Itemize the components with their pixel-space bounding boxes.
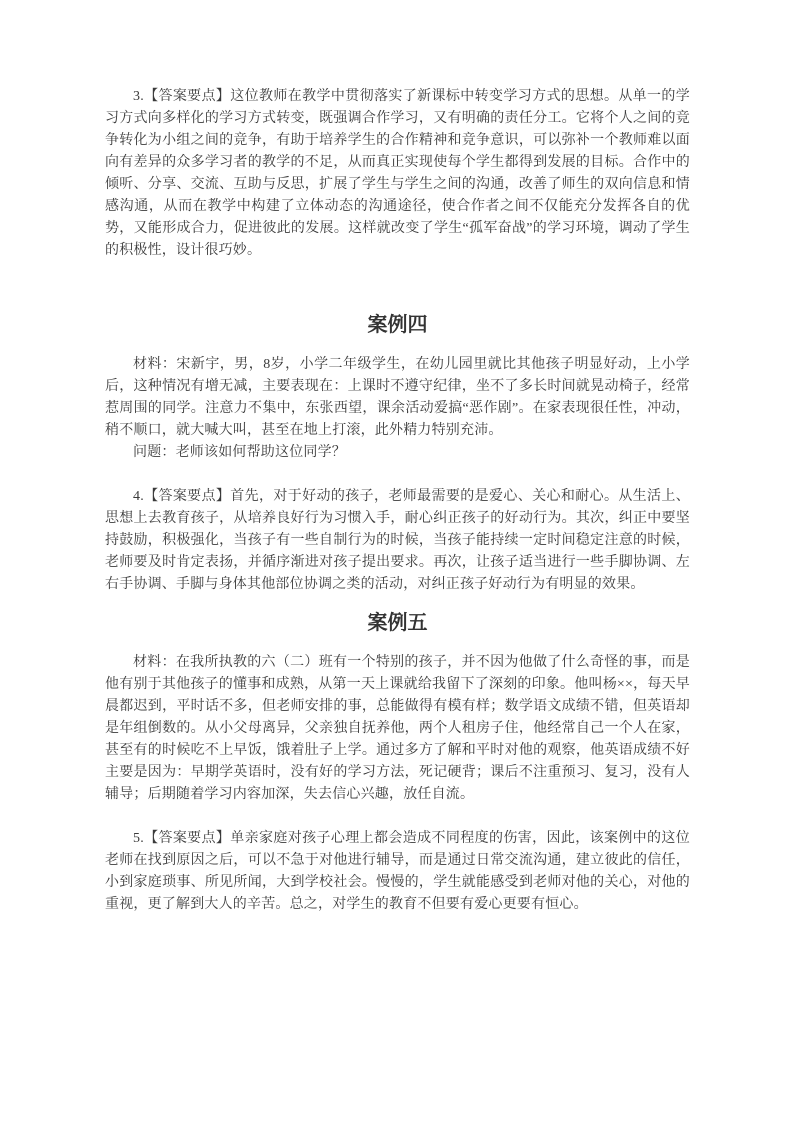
answer-3-paragraph: 3.【答案要点】这位教师在教学中贯彻落实了新课标中转变学习方式的思想。从单一的学…	[105, 86, 690, 262]
document-page: 3.【答案要点】这位教师在教学中贯彻落实了新课标中转变学习方式的思想。从单一的学…	[0, 0, 793, 1122]
case-five-heading: 案例五	[105, 608, 690, 638]
case-four-heading: 案例四	[105, 310, 690, 340]
case-five-material-paragraph: 材料：在我所执教的六（二）班有一个特别的孩子，并不因为他做了什么奇怪的事，而是他…	[105, 652, 690, 806]
case-four-question-line: 问题：老师该如何帮助这位同学？	[105, 442, 690, 464]
answer-5-paragraph: 5.【答案要点】单亲家庭对孩子心理上都会造成不同程度的伤害，因此，该案例中的这位…	[105, 828, 690, 916]
case-four-material-paragraph: 材料：宋新宇，男，8岁，小学二年级学生，在幼儿园里就比其他孩子明显好动，上小学后…	[105, 354, 690, 442]
answer-4-paragraph: 4.【答案要点】首先，对于好动的孩子，老师最需要的是爱心、关心和耐心。从生活上、…	[105, 486, 690, 596]
